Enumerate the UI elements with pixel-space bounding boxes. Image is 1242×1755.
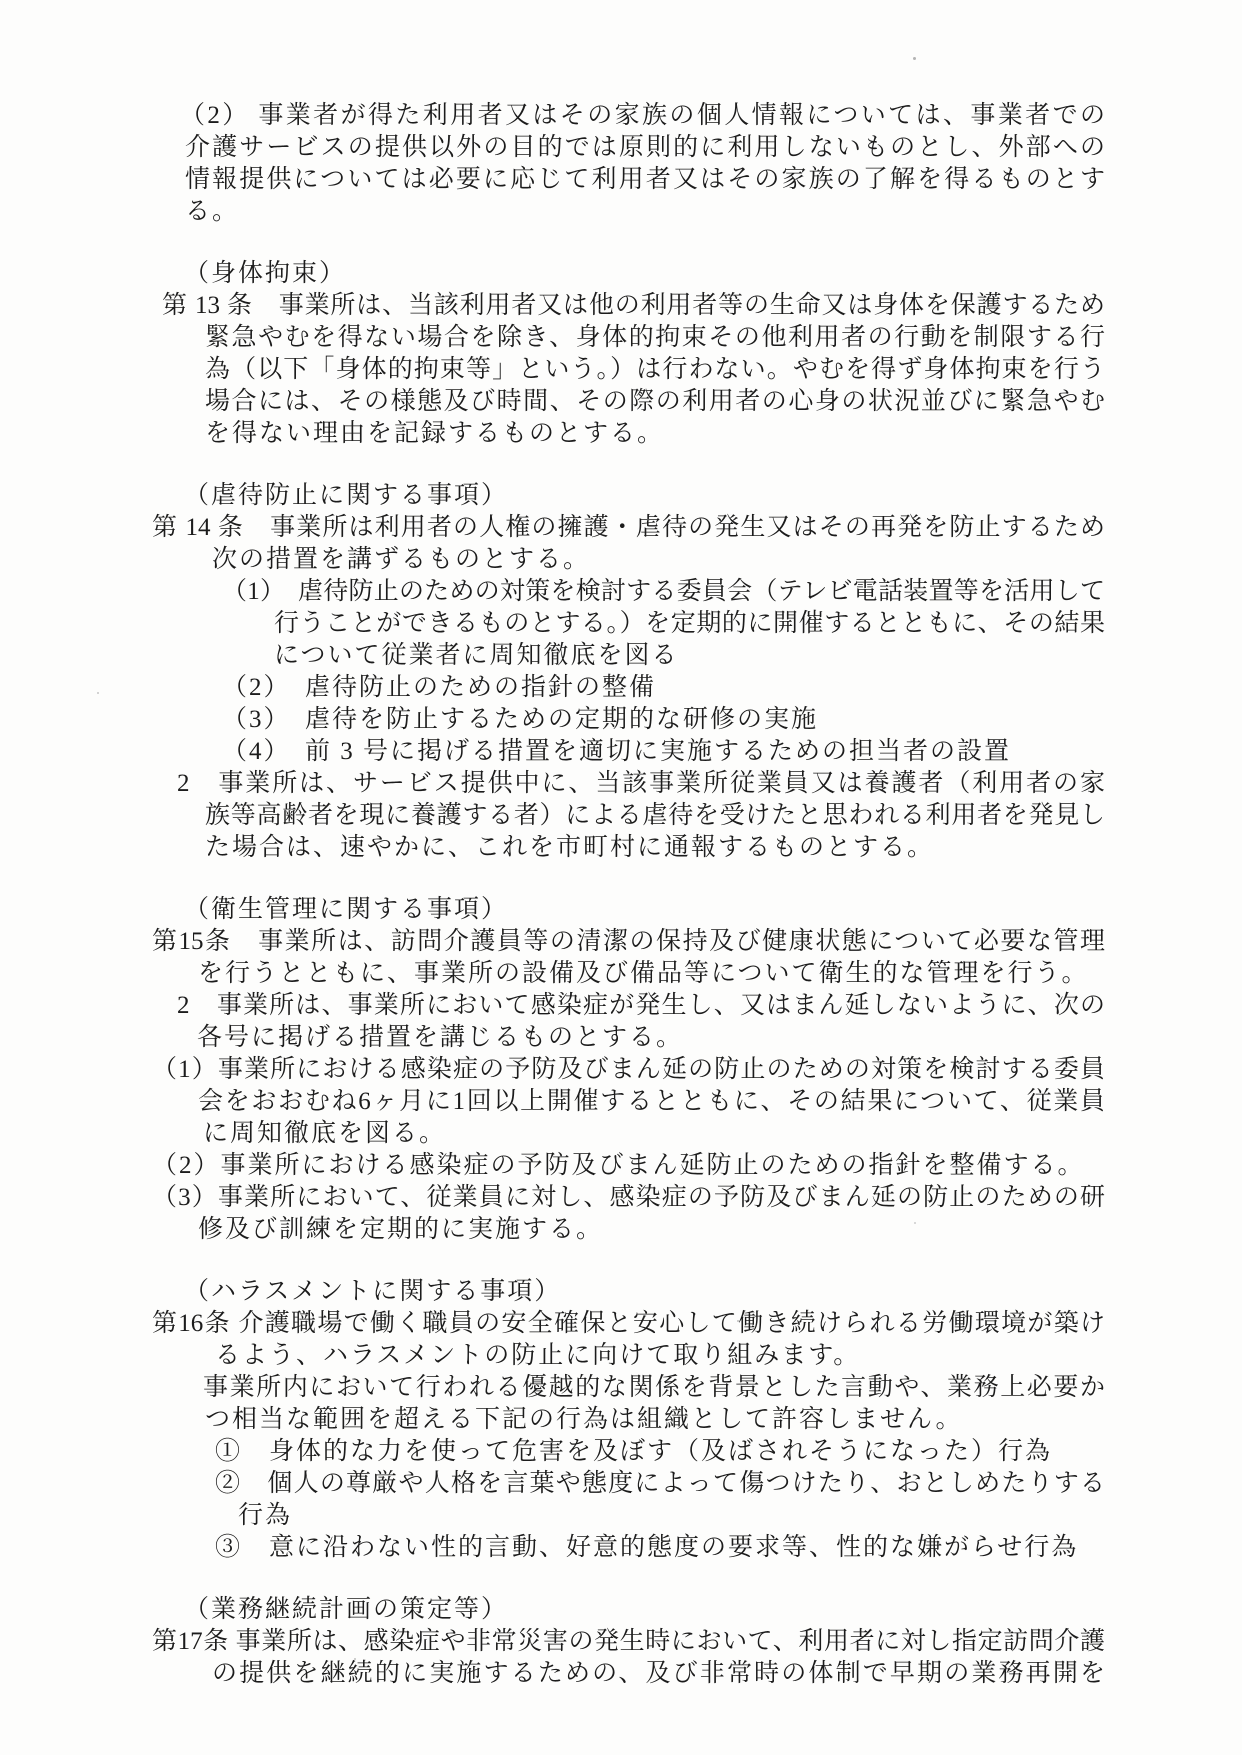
- document-line: 族等高齢者を現に養護する者）による虐待を受けたと思われる利用者を発見し: [205, 800, 1105, 832]
- section-harassment: （ハラスメントに関する事項） 第16条 介護職場で働く職員の安全確保と安心して働…: [152, 1276, 1105, 1564]
- document-line: 各号に掲げる措置を講じるものとする。: [197, 1022, 1105, 1054]
- document-line: を得ない理由を記録するものとする。: [205, 418, 1105, 450]
- document-line: 第17条 事業所は、感染症や非常災害の発生時において、利用者に対し指定訪問介護: [152, 1626, 1105, 1658]
- scan-speck: [913, 57, 916, 60]
- document-line: 会をおおむね6ヶ月に1回以上開催するとともに、その結果について、従業員: [198, 1086, 1105, 1118]
- section-heading: （ハラスメントに関する事項）: [184, 1276, 1105, 1308]
- document-line: （3） 虐待を防止するための定期的な研修の実施: [222, 704, 1105, 736]
- document-line: ② 個人の尊厳や人格を言葉や態度によって傷つけたり、おとしめたりする: [215, 1468, 1105, 1500]
- document-line: （3）事業所において、従業員に対し、感染症の予防及びまん延の防止のための研: [152, 1182, 1105, 1214]
- document-line: 行為: [238, 1500, 1105, 1532]
- document-line: （2） 事業者が得た利用者又はその家族の個人情報については、事業者での: [180, 100, 1105, 132]
- document-line: 第 13 条 事業所は、当該利用者又は他の利用者等の生命又は身体を保護するため: [162, 290, 1105, 322]
- document-line: ① 身体的な力を使って危害を及ぼす（及ばされそうになった）行為: [215, 1436, 1105, 1468]
- document-line: （2） 虐待防止のための指針の整備: [222, 672, 1105, 704]
- document-line: るよう、ハラスメントの防止に向けて取り組みます。: [215, 1340, 1105, 1372]
- section-abuse-prevention: （虐待防止に関する事項） 第 14 条 事業所は利用者の人権の擁護・虐待の発生又…: [152, 480, 1105, 864]
- document-line: 第16条 介護職場で働く職員の安全確保と安心して働き続けられる労働環境が築け: [152, 1308, 1105, 1340]
- scan-speck: [267, 1644, 270, 1646]
- document-line: 情報提供については必要に応じて利用者又はその家族の了解を得るものとす: [185, 164, 1105, 196]
- section-heading: （業務継続計画の策定等）: [184, 1594, 1105, 1626]
- document-line: 介護サービスの提供以外の目的では原則的に利用しないものとし、外部への: [185, 132, 1105, 164]
- document-line: について従業者に周知徹底を図る: [274, 640, 1105, 672]
- document-line: （1） 虐待防止のための対策を検討する委員会（テレビ電話装置等を活用して: [222, 576, 1105, 608]
- document-line: に周知徹底を図る。: [203, 1118, 1105, 1150]
- document-line: 2 事業所は、事業所において感染症が発生し、又はまん延しないように、次の: [177, 990, 1105, 1022]
- scan-speck: [914, 1222, 916, 1224]
- section-heading: （身体拘束）: [184, 258, 1105, 290]
- section-heading: （虐待防止に関する事項）: [184, 480, 1105, 512]
- intro-paragraph: （2） 事業者が得た利用者又はその家族の個人情報については、事業者での 介護サー…: [152, 100, 1105, 228]
- document-line: た場合は、速やかに、これを市町村に通報するものとする。: [205, 832, 1105, 864]
- section-physical-restraint: （身体拘束） 第 13 条 事業所は、当該利用者又は他の利用者等の生命又は身体を…: [152, 258, 1105, 450]
- document-line: 2 事業所は、サービス提供中に、当該事業所従業員又は養護者（利用者の家: [177, 768, 1105, 800]
- document-line: の提供を継続的に実施するための、及び非常時の体制で早期の業務再開を: [212, 1658, 1105, 1690]
- document-line: 行うことができるものとする。）を定期的に開催するとともに、その結果: [274, 608, 1105, 640]
- document-line: 事業所内において行われる優越的な関係を背景とした言動や、業務上必要か: [203, 1372, 1105, 1404]
- document-line: （1）事業所における感染症の予防及びまん延の防止のための対策を検討する委員: [152, 1054, 1105, 1086]
- document-line: 修及び訓練を定期的に実施する。: [198, 1214, 1105, 1246]
- document-line: つ相当な範囲を超える下記の行為は組織として許容しません。: [205, 1404, 1105, 1436]
- document-line: 第15条 事業所は、訪問介護員等の清潔の保持及び健康状態について必要な管理: [152, 926, 1105, 958]
- section-business-continuity: （業務継続計画の策定等） 第17条 事業所は、感染症や非常災害の発生時において、…: [152, 1594, 1105, 1690]
- document-line: 為（以下「身体的拘束等」という。）は行わない。やむを得ず身体拘束を行う: [205, 354, 1105, 386]
- document-line: 場合には、その様態及び時間、その際の利用者の心身の状況並びに緊急やむ: [205, 386, 1105, 418]
- document-line: 次の措置を講ずるものとする。: [212, 544, 1105, 576]
- scan-speck: [97, 692, 99, 694]
- document-line: る。: [185, 196, 1105, 228]
- document-line: （2）事業所における感染症の予防及びまん延防止のための指針を整備する。: [152, 1150, 1105, 1182]
- document-line: を行うとともに、事業所の設備及び備品等について衛生的な管理を行う。: [198, 958, 1105, 990]
- document-line: 第 14 条 事業所は利用者の人権の擁護・虐待の発生又はその再発を防止するため: [152, 512, 1105, 544]
- section-heading: （衛生管理に関する事項）: [184, 894, 1105, 926]
- document-line: 緊急やむを得ない場合を除き、身体的拘束その他利用者の行動を制限する行: [205, 322, 1105, 354]
- scanned-document: { "document": { "language": "ja", "intro…: [0, 0, 1242, 1755]
- document-line: ③ 意に沿わない性的言動、好意的態度の要求等、性的な嫌がらせ行為: [215, 1532, 1105, 1564]
- scan-speck: [354, 1658, 356, 1660]
- document-line: （4） 前 3 号に掲げる措置を適切に実施するための担当者の設置: [222, 736, 1105, 768]
- section-hygiene-management: （衛生管理に関する事項） 第15条 事業所は、訪問介護員等の清潔の保持及び健康状…: [152, 894, 1105, 1246]
- document-page: （2） 事業者が得た利用者又はその家族の個人情報については、事業者での 介護サー…: [152, 100, 1105, 1690]
- scan-speck: [737, 1320, 739, 1322]
